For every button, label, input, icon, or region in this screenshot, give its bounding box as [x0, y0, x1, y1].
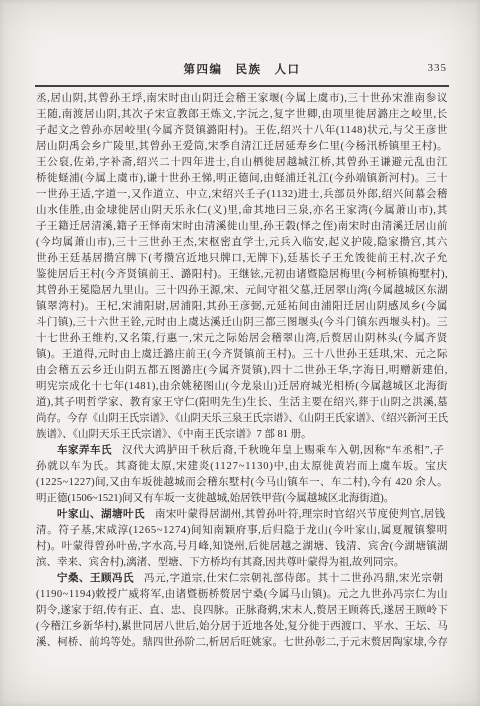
page-number: 335 [428, 62, 448, 74]
text-line: 丞,居山阴,其曾孙王垺,南宋时由山阴迁会稽王家堰(今属上虞市),三十世孙宋淮南参… [36, 91, 448, 107]
text-line: (今均属萧山市),三十三世孙王杰,宋枢密直学士,元兵入临安,起义护陵,隐家攒宫,… [36, 235, 448, 251]
text-line: 阴令,遂家于绍,传有正、直、忠、良四脉。正脉裔鹈,宋末人,赘居王顾蒋氏,遂居王顾… [36, 603, 448, 619]
text-line: 孙就以车为氏。其裔徙太原,宋建炎(1127~1130)中,由太原徙黄岩而上虞车坂… [36, 459, 448, 475]
text-line: 其曾孙王冕隐居九里山。三十四孙王源,宋、元间守祖父墓,迁居翠山湾(今属越城区东湖 [36, 283, 448, 299]
text-line: 子起文之曾孙亦居峧里(今属齐贤镇潞阳村)。王佐,绍兴十八年(1148)状元,与父… [36, 123, 448, 139]
clan-heading: 叶家山、湖塘叶氏 [57, 509, 145, 520]
text-line: 子王籍迁居清溪,籍子王怿南宋时由清溪徙山里,孙王糓(怿之侄)南宋时由清溪迁居山前 [36, 219, 448, 235]
text-line: 山水佳胜,由金埭徙居山阴天乐永仁(义)里,命其地曰三泉,亦名王家湾(今属萧山市)… [36, 203, 448, 219]
body-text: 丞,居山阴,其曾孙王垺,南宋时由山阴迁会稽王家堰(今属上虞市),三十世孙宋淮南参… [36, 91, 448, 651]
text-line: 王随,南渡居山阴,其次子宋宣教郎王炼文,字沅之,复字世卿,由项里徙居潞庄之峧里,… [36, 107, 448, 123]
text-line: 由会稽五云乡迁山阴五都五图潞庄(今属齐贤镇),四十二世孙王华,字海日,明赠新建伯… [36, 363, 448, 379]
page-header: 第四编 民族 人口 335 [36, 61, 448, 79]
text-line: 镇)。王道得,元时由上虞迁潞庄前王(今齐贤镇前王村)。三十八世孙王廷琪,宋、元之… [36, 347, 448, 363]
text-line: 桥徙蛏浦(今属上虞市),谦十世孙王悌,明正德间,由蛏浦迁礼江(今孙端镇新河村)。… [36, 171, 448, 187]
clan-heading: 车家弄车氏 [57, 445, 112, 456]
text-line: 溪、柯桥、前坞等处。鼎四世孙阶二,析居后旺姚家。七世孙彰二,于元末赘居陶家埭,今… [36, 635, 448, 651]
text-line: 道),其子明哲学家、教育家王守仁(阳明先生)生长、生活主要在绍兴,葬于山阴之洪溪… [36, 395, 448, 411]
text-line: 宁桑、王顾冯氏冯元,字道宗,仕宋仁宗朝礼部侍郎。其十二世孙冯鼎,宋光宗朝 [36, 571, 448, 587]
header-rule [35, 85, 449, 87]
text-line: 居山阴禹会乡广陵里,其曾孙王爱筒,宋季自清江迁居延寿乡仁里(今杨汛桥镇里王村)。 [36, 139, 448, 155]
text-line: 王公裒,佐弟,字补斋,绍兴二十四年进士,自山栖徙居越城江桥,其曾孙王谦避元乱由江 [36, 155, 448, 171]
text-line: 尚存。今存《山阴王氏宗谱》、《山阴天乐三泉王氏宗谱》、《山阴王氏家谱》、《绍兴新… [36, 411, 448, 427]
text-line: 一世孙王适,字道一,又作道立、中立,宋绍兴壬子(1132)进士,兵部员外郎,绍兴… [36, 187, 448, 203]
text-line: 明宪宗成化十七年(1481),由余姚秘图山(今龙泉山)迁居府城光相桥(今属越城区… [36, 379, 448, 395]
text-line: 明正德(1506~1521)间又有车坂一支徙越城,始居铁甲营(今属越城区北海街道… [36, 491, 448, 507]
text-line: 清。符子基,宋咸淳(1265~1274)间知南颖府事,后归隐于龙山(今叶家山,属… [36, 523, 448, 539]
text-line: 镇翠湾村)。王杞,宋浦阳尉,居浦阳,其孙王彦弼,元延祐间由浦阳迁居山阴感凤乡(今… [36, 299, 448, 315]
text-line: 世孙王廷基居攒宫牌下(考攒宫近地只牌口,无牌下),廷基长子王允馂徙前王村,次子允 [36, 251, 448, 267]
clan-heading: 宁桑、王顾冯氏 [57, 573, 134, 584]
text-line: (今稽江乡新华村),累世同居八世后,始分居于近地各处,复分徙于西渡口、平水、王坛… [36, 619, 448, 635]
text-line: 族谱》、《山阴天乐王氏宗谱》、《中南王氏宗谱》7 部 81 册。 [36, 427, 448, 443]
text-line: (1190~1194)敕授广威将军,由诸暨枥桥赘居宁桑(今属马山镇)。元之九世孙… [36, 587, 448, 603]
text-line: 滨、幸来、宾舍村),漓渚、型塘、下方桥均有其裔,因共尊叶蒙得为祖,故列同宗。 [36, 555, 448, 571]
text-line: 十七世孙王维杓,又名策,行惠一,宋元之际始居会稽翠山湾,后赘居山阴林头(今属齐贤 [36, 331, 448, 347]
text-line: 叶家山、湖塘叶氏南宋叶蒙得居湖州,其曾孙叶符,理宗时官绍兴节度使判官,居钱 [36, 507, 448, 523]
section-title: 第四编 民族 人口 [36, 61, 448, 77]
text-line: 斗门镇),三十六世王铨,元时由上虞达溪迁山阴三都三图堰头(今斗门镇东西堰头村)。… [36, 315, 448, 331]
text-line: (1225~1227)间,又由车坂徙越城而会稽东墅村(今马山镇车一、车二村),今… [36, 475, 448, 491]
page-root: 第四编 民族 人口 335 丞,居山阴,其曾孙王垺,南宋时由山阴迁会稽王家堰(今… [0, 0, 480, 706]
text-line: 村)。叶蒙得曾孙叶嵒,字水高,号月峰,知饶州,后徙居越之湖塘、钱清、宾舍(今湖塘… [36, 539, 448, 555]
text-line: 车家弄车氏汉代大鸿胪田千秋后裔,千秋晚年皇上赐乘车入朝,因称“车丞相”,子 [36, 443, 448, 459]
text-line: 鉴徙居后王村(今齐贤镇前王、潞阳村)。王继铉,元初由诸暨隐居梅里(今柯桥镇梅墅村… [36, 267, 448, 283]
